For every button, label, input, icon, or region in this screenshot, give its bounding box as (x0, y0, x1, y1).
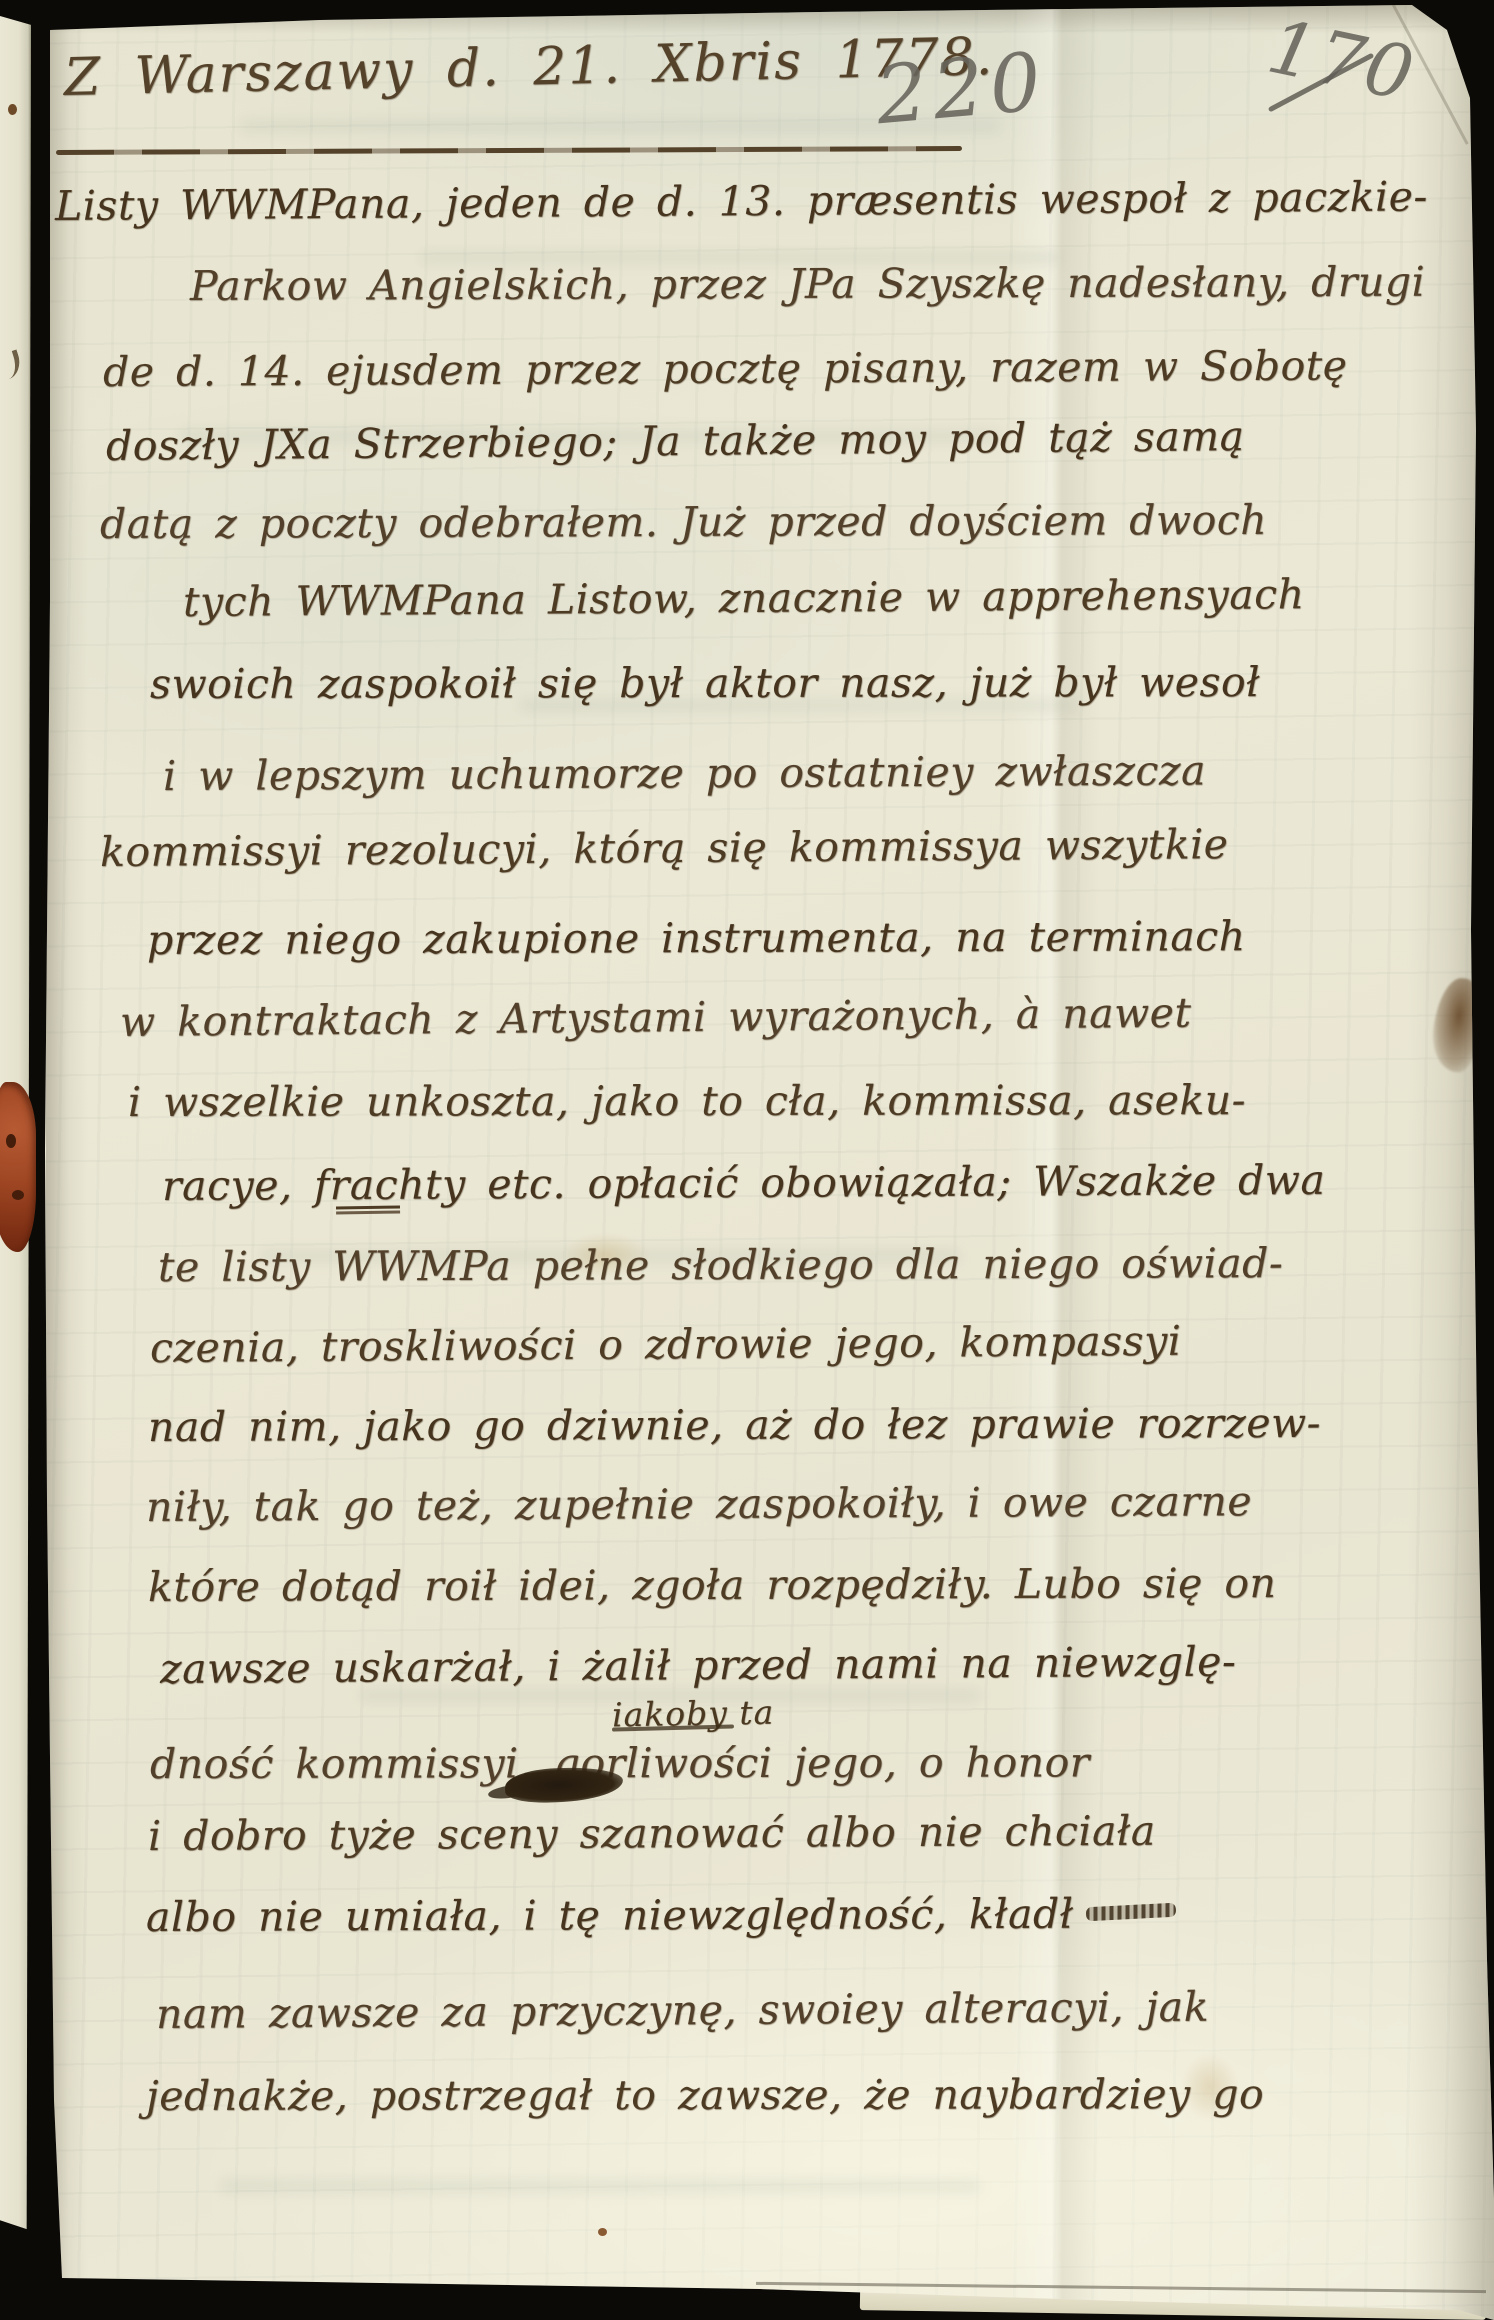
manuscript-line: Listy WWMPana, jeden de d. 13. præsentis… (55, 172, 1428, 230)
bleedthrough (220, 2180, 980, 2192)
manuscript-line: niły, tak go też, zupełnie zaspokoiły, i… (146, 1477, 1252, 1531)
manuscript-line: swoich zaspokoił się był aktor nasz, już… (150, 658, 1260, 708)
pencil-number-220: 220 (872, 35, 1050, 143)
manuscript-line: i wszelkie unkoszta, jako to cła, kommis… (128, 1076, 1246, 1126)
etc-double-underline (336, 1205, 400, 1209)
manuscript-line: czenia, troskliwości o zdrowie jego, kom… (150, 1317, 1182, 1372)
manuscript-line: i w lepszym uchumorze po ostatniey zwłas… (163, 747, 1206, 800)
manuscript-line: nam zawsze za przyczynę, swoiey alteracy… (156, 1983, 1209, 2038)
manuscript-line: które dotąd roił idei, zgoła rozpędziły.… (148, 1559, 1277, 1611)
bottom-fold-line (756, 2282, 1486, 2293)
page-edge-shadow-top (40, 0, 1480, 34)
page-edge-shadow-left (46, 20, 88, 2300)
manuscript-line: datą z poczty odebrałem. Już przed doyśc… (100, 496, 1267, 548)
manuscript-line: albo nie umiała, i tę niewzględność, kła… (146, 1890, 1074, 1941)
manuscript-line: te listy WWMPa pełne słodkiego dla niego… (158, 1239, 1283, 1291)
manuscript-line: Parkow Angielskich, przez JPa Szyszkę na… (190, 258, 1425, 310)
manuscript-line: przez niego zakupione instrumenta, na te… (147, 912, 1246, 964)
manuscript-line: jednakże, postrzegał to zawsze, że nayba… (146, 2070, 1264, 2120)
wax-seal (0, 1082, 36, 1252)
scanned-letter-page: Z Warszawy d. 21. Xbris 1778. 220 170 Li… (0, 0, 1494, 2320)
page-edge-shadow-right (1408, 0, 1494, 2320)
dateline: Z Warszawy d. 21. Xbris 1778. (63, 27, 995, 108)
seal-speck (6, 1134, 16, 1148)
manuscript-line: doszły JXa Strzerbiego; Ja także moy pod… (106, 412, 1245, 470)
ink-speck (8, 104, 17, 115)
letter-page: Z Warszawy d. 21. Xbris 1778. 220 170 Li… (0, 0, 1494, 2320)
manuscript-line: racye, frachty etc. opłacić obowiązała; … (162, 1156, 1326, 1210)
seal-speck (12, 1190, 24, 1200)
manuscript-line: kommissyi rezolucyi, którą się kommissya… (100, 820, 1229, 876)
stain-speck (598, 2228, 607, 2236)
manuscript-line: nad nim, jako go dziwnie, aż do łez praw… (148, 1399, 1321, 1451)
manuscript-line: tych WWMPana Listow, znacznie w apprehen… (183, 570, 1305, 626)
manuscript-line: zawsze uskarżał, i żalił przed nami na n… (160, 1637, 1237, 1693)
manuscript-line: w kontraktach z Artystami wyrażonych, à … (120, 989, 1192, 1046)
manuscript-line: de d. 14. ejusdem przez pocztę pisany, r… (103, 341, 1348, 396)
manuscript-line: i dobro tyże sceny szanować albo nie chc… (148, 1807, 1156, 1860)
dateline-underline (56, 146, 962, 155)
